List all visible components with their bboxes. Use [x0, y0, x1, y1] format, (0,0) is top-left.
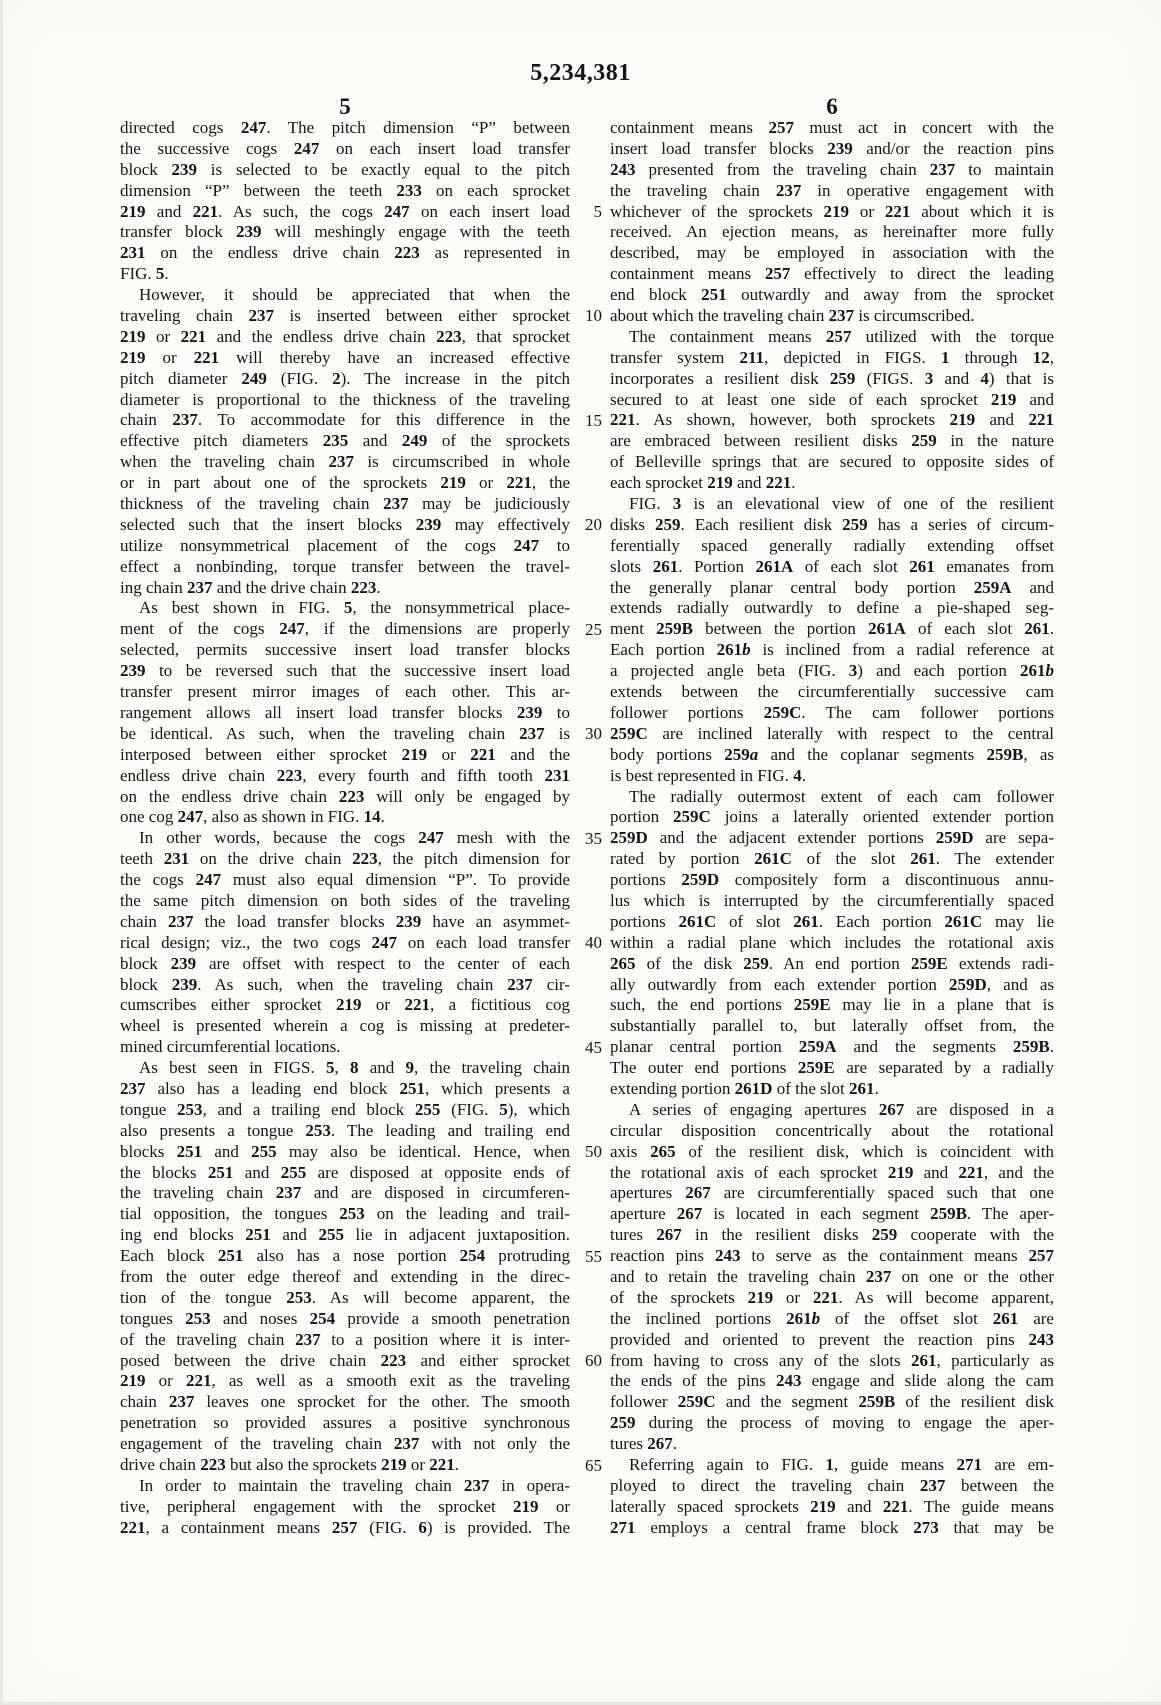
- text-line: are embraced between resilient disks 259…: [610, 431, 1054, 452]
- paragraph: However, it should be appreciated that w…: [120, 285, 570, 598]
- text-line: dimension “P” between the teeth 233 on e…: [120, 181, 570, 202]
- text-line: tures 267 in the resilient disks 259 coo…: [610, 1225, 1054, 1246]
- text-line: containment means 257 effectively to dir…: [610, 264, 1054, 285]
- text-line: such, the end portions 259E may lie in a…: [610, 995, 1054, 1016]
- text-line: follower portions 259C. The cam follower…: [610, 703, 1054, 724]
- text-line: incorporates a resilient disk 259 (FIGS.…: [610, 369, 1054, 390]
- text-line: tures 267.: [610, 1434, 1054, 1455]
- patent-number: 5,234,381: [0, 60, 1161, 87]
- text-line: endless drive chain 223, every fourth an…: [120, 766, 570, 787]
- text-line: axis 265 of the resilient disk, which is…: [610, 1142, 1054, 1163]
- paragraph: FIG. 3 is an elevational view of one of …: [610, 494, 1054, 786]
- text-line: secured to at least one side of each spr…: [610, 390, 1054, 411]
- line-number: 10: [560, 306, 602, 327]
- text-line: from the outer edge thereof and extendin…: [120, 1267, 570, 1288]
- text-line: described, may be employed in associatio…: [610, 243, 1054, 264]
- text-line: insert load transfer blocks 239 and/or t…: [610, 139, 1054, 160]
- text-line: selected, permits successive insert load…: [120, 640, 570, 661]
- text-line: received. An ejection means, as hereinaf…: [610, 222, 1054, 243]
- line-number-gutter: 5101520253035404550556065: [560, 118, 602, 1539]
- text-line: aperture 267 is located in each segment …: [610, 1204, 1054, 1225]
- text-line: circular disposition concentrically abou…: [610, 1121, 1054, 1142]
- text-line: extends radially outwardly to define a p…: [610, 598, 1054, 619]
- text-line: planar central portion 259A and the segm…: [610, 1037, 1054, 1058]
- text-line: containment means 257 must act in concer…: [610, 118, 1054, 139]
- text-line: of the sprockets 219 or 221. As will bec…: [610, 1288, 1054, 1309]
- text-line: provided and oriented to prevent the rea…: [610, 1330, 1054, 1351]
- text-line: is best represented in FIG. 4.: [610, 766, 1054, 787]
- text-line: each sprocket 219 and 221.: [610, 473, 1054, 494]
- text-line: 271 employs a central frame block 273 th…: [610, 1518, 1054, 1539]
- text-line: within a radial plane which includes the…: [610, 933, 1054, 954]
- text-line: block 239 is selected to be exactly equa…: [120, 160, 570, 181]
- text-line: wheel is presented wherein a cog is miss…: [120, 1016, 570, 1037]
- text-line: 219 or 221 and the endless drive chain 2…: [120, 327, 570, 348]
- text-line: chain 237. To accommodate for this diffe…: [120, 410, 570, 431]
- paragraph: As best seen in FIGS. 5, 8 and 9, the tr…: [120, 1058, 570, 1476]
- text-line: The outer end portions 259E are separate…: [610, 1058, 1054, 1079]
- text-line: A series of engaging apertures 267 are d…: [610, 1100, 1054, 1121]
- text-line: tial opposition, the tongues 253 on the …: [120, 1204, 570, 1225]
- text-line: 231 on the endless drive chain 223 as re…: [120, 243, 570, 264]
- text-line: rangement allows all insert load transfe…: [120, 703, 570, 724]
- text-line: rical design; viz., the two cogs 247 on …: [120, 933, 570, 954]
- text-line: drive chain 223 but also the sprockets 2…: [120, 1455, 570, 1476]
- text-line: the blocks 251 and 255 are disposed at o…: [120, 1163, 570, 1184]
- text-line: The containment means 257 utilized with …: [610, 327, 1054, 348]
- text-line: one cog 247, also as shown in FIG. 14.: [120, 807, 570, 828]
- line-number: 60: [560, 1351, 602, 1372]
- paragraph: In order to maintain the traveling chain…: [120, 1476, 570, 1539]
- text-line: thickness of the traveling chain 237 may…: [120, 494, 570, 515]
- text-line: engagement of the traveling chain 237 wi…: [120, 1434, 570, 1455]
- text-line: Each block 251 also has a nose portion 2…: [120, 1246, 570, 1267]
- text-line: As best seen in FIGS. 5, 8 and 9, the tr…: [120, 1058, 570, 1079]
- text-line: the inclined portions 261b of the offset…: [610, 1309, 1054, 1330]
- text-line: ing end blocks 251 and 255 lie in adjace…: [120, 1225, 570, 1246]
- text-line: of Belleville springs that are secured t…: [610, 452, 1054, 473]
- text-line: portions 259D compositely form a discont…: [610, 870, 1054, 891]
- paragraph: In other words, because the cogs 247 mes…: [120, 828, 570, 1058]
- paragraph: directed cogs 247. The pitch dimension “…: [120, 118, 570, 285]
- text-line: extending portion 261D of the slot 261.: [610, 1079, 1054, 1100]
- text-line: apertures 267 are circumferentially spac…: [610, 1183, 1054, 1204]
- column-number-left: 5: [120, 94, 570, 120]
- text-line: selected such that the insert blocks 239…: [120, 515, 570, 536]
- text-line: traveling chain 237 is inserted between …: [120, 306, 570, 327]
- text-line: substantially parallel to, but laterally…: [610, 1016, 1054, 1037]
- text-line: lus which is interrupted by the circumfe…: [610, 891, 1054, 912]
- text-line: 243 presented from the traveling chain 2…: [610, 160, 1054, 181]
- patent-page: 5,234,381 5 6 directed cogs 247. The pit…: [0, 0, 1161, 1705]
- text-line: 265 of the disk 259. An end portion 259E…: [610, 954, 1054, 975]
- text-line: portions 261C of slot 261. Each portion …: [610, 912, 1054, 933]
- text-column-right: containment means 257 must act in concer…: [610, 118, 1054, 1539]
- text-line: the same pitch dimension on both sides o…: [120, 891, 570, 912]
- text-line: Each portion 261b is inclined from a rad…: [610, 640, 1054, 661]
- text-line: ployed to direct the traveling chain 237…: [610, 1476, 1054, 1497]
- text-line: block 239. As such, when the traveling c…: [120, 975, 570, 996]
- text-line: be identical. As such, when the travelin…: [120, 724, 570, 745]
- text-line: whichever of the sprockets 219 or 221 ab…: [610, 202, 1054, 223]
- line-number: 45: [560, 1038, 602, 1059]
- text-line: reaction pins 243 to serve as the contai…: [610, 1246, 1054, 1267]
- text-line: the rotational axis of each sprocket 219…: [610, 1163, 1054, 1184]
- paragraph: Referring again to FIG. 1, guide means 2…: [610, 1455, 1054, 1539]
- text-line: follower 259C and the segment 259B of th…: [610, 1392, 1054, 1413]
- text-line: FIG. 3 is an elevational view of one of …: [610, 494, 1054, 515]
- text-line: diameter is proportional to the thicknes…: [120, 390, 570, 411]
- text-line: of the traveling chain 237 to a position…: [120, 1330, 570, 1351]
- text-line: on the endless drive chain 223 will only…: [120, 787, 570, 808]
- text-line: ing chain 237 and the drive chain 223.: [120, 578, 570, 599]
- line-number: 20: [560, 515, 602, 536]
- text-line: The radially outermost extent of each ca…: [610, 787, 1054, 808]
- text-line: 219 and 221. As such, the cogs 247 on ea…: [120, 202, 570, 223]
- text-line: the cogs 247 must also equal dimension “…: [120, 870, 570, 891]
- text-line: extends between the circumferentially su…: [610, 682, 1054, 703]
- paragraph: The radially outermost extent of each ca…: [610, 787, 1054, 1100]
- text-line: tongue 253, and a trailing end block 255…: [120, 1100, 570, 1121]
- text-line: the traveling chain 237 in operative eng…: [610, 181, 1054, 202]
- paragraph: The containment means 257 utilized with …: [610, 327, 1054, 494]
- text-line: ment of the cogs 247, if the dimensions …: [120, 619, 570, 640]
- text-line: FIG. 5.: [120, 264, 570, 285]
- text-line: ferentially spaced generally radially ex…: [610, 536, 1054, 557]
- text-line: the traveling chain 237 and are disposed…: [120, 1183, 570, 1204]
- text-line: and to retain the traveling chain 237 on…: [610, 1267, 1054, 1288]
- text-line: As best shown in FIG. 5, the nonsymmetri…: [120, 598, 570, 619]
- line-number: 25: [560, 620, 602, 641]
- text-line: cumscribes either sprocket 219 or 221, a…: [120, 995, 570, 1016]
- text-line: also presents a tongue 253. The leading …: [120, 1121, 570, 1142]
- text-line: penetration so provided assures a positi…: [120, 1413, 570, 1434]
- text-line: body portions 259a and the coplanar segm…: [610, 745, 1054, 766]
- text-line: the ends of the pins 243 engage and slid…: [610, 1371, 1054, 1392]
- text-column-left: directed cogs 247. The pitch dimension “…: [120, 118, 570, 1539]
- text-line: In other words, because the cogs 247 mes…: [120, 828, 570, 849]
- text-line: chain 237 leaves one sprocket for the ot…: [120, 1392, 570, 1413]
- text-line: transfer system 211, depicted in FIGS. 1…: [610, 348, 1054, 369]
- text-line: 221. As shown, however, both sprockets 2…: [610, 410, 1054, 431]
- text-line: end block 251 outwardly and away from th…: [610, 285, 1054, 306]
- text-line: effect a nonbinding, torque transfer bet…: [120, 557, 570, 578]
- text-line: rated by portion 261C of the slot 261. T…: [610, 849, 1054, 870]
- text-line: portion 259C joins a laterally oriented …: [610, 807, 1054, 828]
- line-number: 50: [560, 1142, 602, 1163]
- text-line: 259D and the adjacent extender portions …: [610, 828, 1054, 849]
- text-line: 221, a containment means 257 (FIG. 6) is…: [120, 1518, 570, 1539]
- text-line: block 239 are offset with respect to the…: [120, 954, 570, 975]
- text-line: 237 also has a leading end block 251, wh…: [120, 1079, 570, 1100]
- line-number: 5: [560, 202, 602, 223]
- text-line: a projected angle beta (FIG. 3) and each…: [610, 661, 1054, 682]
- text-line: 259 during the process of moving to enga…: [610, 1413, 1054, 1434]
- text-line: transfer present mirror images of each o…: [120, 682, 570, 703]
- line-number: 15: [560, 411, 602, 432]
- text-line: effective pitch diameters 235 and 249 of…: [120, 431, 570, 452]
- line-number: 40: [560, 933, 602, 954]
- text-line: 239 to be reversed such that the success…: [120, 661, 570, 682]
- text-line: tion of the tongue 253. As will become a…: [120, 1288, 570, 1309]
- text-line: when the traveling chain 237 is circumsc…: [120, 452, 570, 473]
- text-line: chain 237 the load transfer blocks 239 h…: [120, 912, 570, 933]
- text-line: directed cogs 247. The pitch dimension “…: [120, 118, 570, 139]
- paragraph: containment means 257 must act in concer…: [610, 118, 1054, 327]
- paragraph: As best shown in FIG. 5, the nonsymmetri…: [120, 598, 570, 828]
- text-line: teeth 231 on the drive chain 223, the pi…: [120, 849, 570, 870]
- text-line: slots 261. Portion 261A of each slot 261…: [610, 557, 1054, 578]
- column-number-right: 6: [610, 94, 1054, 120]
- text-line: 259C are inclined laterally with respect…: [610, 724, 1054, 745]
- line-number: 55: [560, 1247, 602, 1268]
- text-line: or in part about one of the sprockets 21…: [120, 473, 570, 494]
- line-number: 35: [560, 829, 602, 850]
- text-line: mined circumferential locations.: [120, 1037, 570, 1058]
- text-line: pitch diameter 249 (FIG. 2). The increas…: [120, 369, 570, 390]
- text-line: utilize nonsymmetrical placement of the …: [120, 536, 570, 557]
- text-line: ment 259B between the portion 261A of ea…: [610, 619, 1054, 640]
- text-line: from having to cross any of the slots 26…: [610, 1351, 1054, 1372]
- text-line: However, it should be appreciated that w…: [120, 285, 570, 306]
- line-number: 65: [560, 1456, 602, 1477]
- text-line: transfer block 239 will meshingly engage…: [120, 222, 570, 243]
- text-line: about which the traveling chain 237 is c…: [610, 306, 1054, 327]
- text-line: Referring again to FIG. 1, guide means 2…: [610, 1455, 1054, 1476]
- text-line: laterally spaced sprockets 219 and 221. …: [610, 1497, 1054, 1518]
- text-line: ally outwardly from each extender portio…: [610, 975, 1054, 996]
- text-line: interposed between either sprocket 219 o…: [120, 745, 570, 766]
- text-line: disks 259. Each resilient disk 259 has a…: [610, 515, 1054, 536]
- text-line: 219 or 221 will thereby have an increase…: [120, 348, 570, 369]
- text-line: the successive cogs 247 on each insert l…: [120, 139, 570, 160]
- text-line: tive, peripheral engagement with the spr…: [120, 1497, 570, 1518]
- text-line: the generally planar central body portio…: [610, 578, 1054, 599]
- paragraph: A series of engaging apertures 267 are d…: [610, 1100, 1054, 1455]
- text-line: tongues 253 and noses 254 provide a smoo…: [120, 1309, 570, 1330]
- line-number: 30: [560, 724, 602, 745]
- text-line: posed between the drive chain 223 and ei…: [120, 1351, 570, 1372]
- text-line: In order to maintain the traveling chain…: [120, 1476, 570, 1497]
- text-line: blocks 251 and 255 may also be identical…: [120, 1142, 570, 1163]
- text-line: 219 or 221, as well as a smooth exit as …: [120, 1371, 570, 1392]
